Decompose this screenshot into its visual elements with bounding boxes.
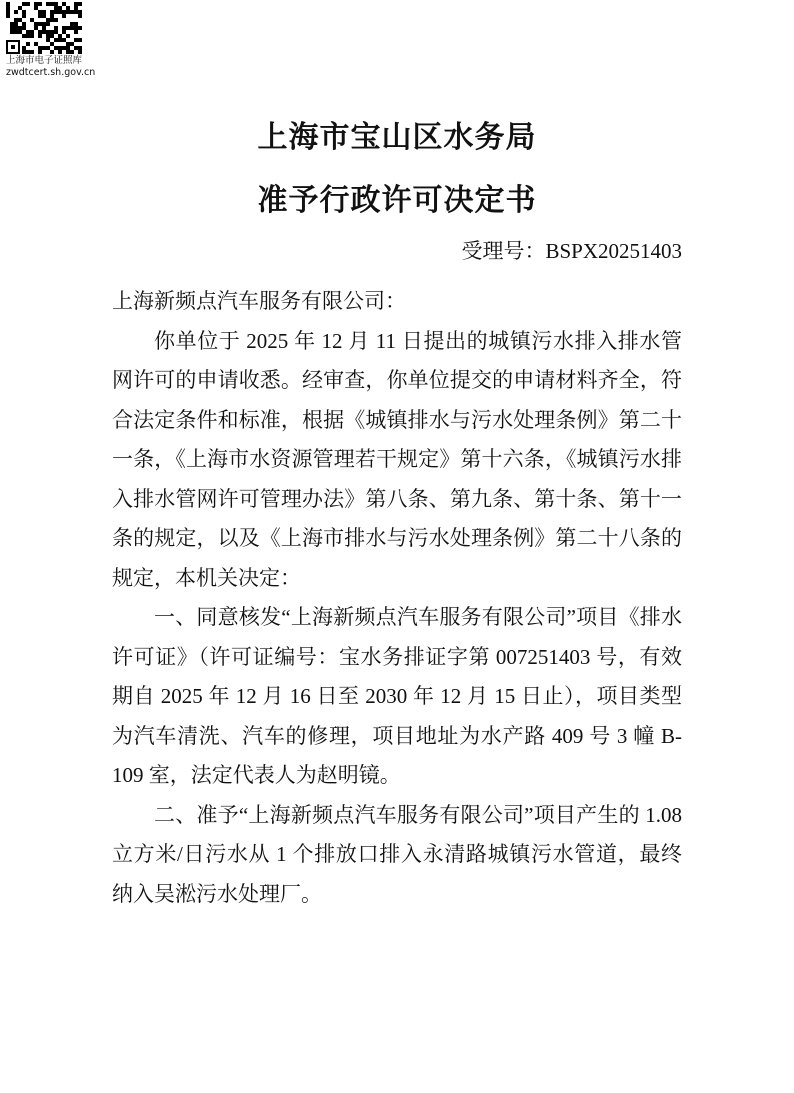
body-paragraph-decision-1: 一、同意核发“上海新频点汽车服务有限公司”项目《排水许可证》（许可证编号：宝水务… bbox=[112, 598, 682, 796]
qr-code-image bbox=[6, 2, 82, 54]
acceptance-number: 受理号：BSPX20251403 bbox=[112, 238, 682, 264]
page-title-agency: 上海市宝山区水务局 bbox=[112, 120, 682, 156]
body-paragraph-application: 你单位于 2025 年 12 月 11 日提出的城镇污水排入排水管网许可的申请收… bbox=[112, 322, 682, 599]
body-paragraph-decision-2: 二、准予“上海新频点汽车服务有限公司”项目产生的 1.08 立方米/日污水从 1… bbox=[112, 796, 682, 915]
document-content: 上海市宝山区水务局 准予行政许可决定书 受理号：BSPX20251403 上海新… bbox=[112, 0, 682, 914]
document-body: 上海新频点汽车服务有限公司： 你单位于 2025 年 12 月 11 日提出的城… bbox=[112, 282, 682, 914]
qr-block: 上海市电子证照库 zwdtcert.sh.gov.cn bbox=[6, 2, 96, 78]
page-title-document-type: 准予行政许可决定书 bbox=[112, 183, 682, 219]
addressee-line: 上海新频点汽车服务有限公司： bbox=[112, 282, 682, 322]
qr-caption-url: zwdtcert.sh.gov.cn bbox=[6, 67, 96, 78]
qr-caption-title: 上海市电子证照库 bbox=[6, 55, 96, 66]
document-page: 上海市电子证照库 zwdtcert.sh.gov.cn 上海市宝山区水务局 准予… bbox=[0, 0, 794, 1093]
